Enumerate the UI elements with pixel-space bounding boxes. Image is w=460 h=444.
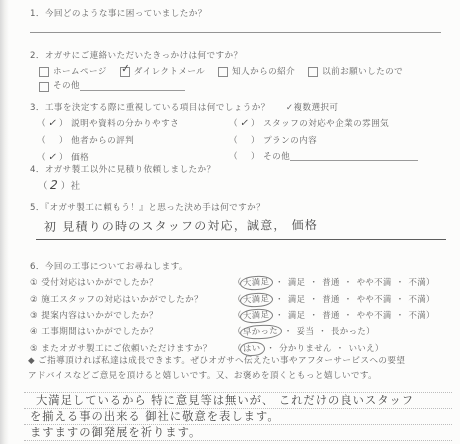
q3-option-label: 価格 [71, 153, 89, 163]
rating-selected: 早かった [239, 324, 282, 340]
rating-selected: 大満足 [239, 275, 273, 290]
rating-option: 分かりません [262, 343, 331, 353]
rating-option: やや不満 [340, 277, 392, 287]
paren-close: ） [61, 181, 71, 192]
comment-dotted-line [24, 440, 452, 441]
q2-option-label: ホームページ [53, 67, 107, 78]
q3-option-reputation: （） 他者からの評判 [37, 136, 229, 147]
paren-open: （ [229, 152, 238, 162]
q3-note: ✓複数選択可 [286, 103, 339, 113]
q2-option-label: 以前お願いしたので [322, 67, 403, 78]
q6-question-text: 工事期間はいかがでしたか？ [41, 327, 158, 337]
q3-option-label: 説明や資料の分かりやすさ [71, 119, 179, 129]
footer-note-line1: ◆ ご指導頂ければ私達は成長できます。ぜひオガサへ伝えたい事やアフターサービスへ… [28, 354, 440, 369]
rating-option: 満足 [271, 277, 305, 287]
handwritten-comment-line3: ますますの御発展を祈ります。 [30, 426, 201, 440]
handwritten-comment-line2: を揃える事の出来る 御社に敬意を表します。 [30, 410, 280, 424]
q6-item-number: ③ [30, 311, 38, 321]
check-icon: ✓ [45, 118, 61, 131]
q3-options-grid: （✓） 説明や資料の分かりやすさ （✓） スタッフの対応や企業の雰囲気 （） 他… [37, 118, 418, 165]
q2-option-other: その他 [39, 81, 185, 92]
rating-option: 普通 [305, 310, 339, 320]
q6-question: ① 受付対応はいかがでしたか？ [30, 278, 233, 289]
q2-other-row: その他 [39, 81, 403, 92]
rating-option: いいえ [332, 343, 375, 353]
rating-option: 長かった [314, 326, 366, 336]
q3-option-label: 他者からの評判 [71, 136, 134, 146]
q2-option-homepage: ホームページ [39, 67, 107, 78]
q2-option-label: その他 [53, 81, 80, 92]
scan-edge-shadow [0, 0, 9, 444]
q6-label: 6．今回の工事についてお尋ねします。 [30, 262, 435, 273]
q3-option-price: （✓） 価格 [37, 152, 229, 165]
q6-question-text: 施工スタッフの対応はいかがでしたか？ [41, 295, 203, 305]
rating-option: 普通 [305, 294, 339, 304]
comment-dotted-line [24, 392, 452, 393]
check-icon: ✓ [237, 118, 253, 131]
q6-question: ③ 提案内容はいかがでしたか？ [30, 311, 233, 322]
rating-option: 不満 [392, 277, 426, 287]
paren-open: （ [38, 181, 48, 192]
paren-close: ） [59, 119, 68, 129]
q2-option-referral: 知人からの紹介 [218, 67, 295, 78]
q2-option-previous: 以前お願いしたので [308, 67, 403, 78]
q6-item-duration: ④ 工事期間はいかがでしたか？ （早かった妥当長かった） [30, 326, 435, 338]
q2-options-row: ホームページ ✓ ダイレクトメール 知人からの紹介 以前お願いしたので [39, 67, 403, 78]
q4-answer-row: （2）社 [38, 181, 216, 193]
question-2: 2．オガサにご連絡いただいたきっかけは何ですか？ ホームページ ✓ ダイレクトメ… [30, 51, 403, 92]
q6-question: ④ 工事期間はいかがでしたか？ [30, 327, 233, 338]
q5-label: 5．『オガサ製工に頼もう！』と思った決め手は何ですか？ [30, 203, 265, 213]
q6-item-staff: ② 施工スタッフの対応はいかがでしたか？ （大満足満足普通やや不満不満） [30, 294, 435, 306]
footer-note-line2: アドバイスなどご意見を頂けると嬉しいです。又、お褒めを頂くともっと嬉しいです。 [28, 369, 440, 384]
q1-answer-line [30, 32, 441, 33]
paren-close: ） [426, 277, 435, 287]
paren-close: ） [251, 136, 260, 146]
checkbox-unchecked [39, 82, 49, 92]
paren-close: ） [375, 343, 384, 353]
q4-unit: 社 [71, 181, 81, 192]
q6-rating-options: （早かった妥当長かった） [233, 326, 375, 337]
q6-item-number: ① [30, 278, 38, 288]
paren-open: （ [37, 136, 46, 146]
q2-label: 2．オガサにご連絡いただいたきっかけは何ですか？ [30, 51, 403, 62]
q3-label: 3．工事を決定する際に重視している項目は何でしょうか？ [30, 103, 270, 113]
questionnaire-page: 1．今回どのような事に困っていましたか？ 2．オガサにご連絡いただいたきっかけは… [0, 0, 460, 444]
paren-close: ） [426, 310, 435, 320]
checkbox-checked: ✓ [120, 67, 130, 77]
q6-item-number: ⑤ [30, 344, 38, 354]
q5-answer-line [36, 239, 446, 240]
check-icon: ✓ [120, 62, 131, 77]
question-6: 6．今回の工事についてお尋ねします。 ① 受付対応はいかがでしたか？ （大満足満… [30, 262, 435, 354]
q5-handwritten-answer: 初 見積りの時のスタッフの対応，誠意， 価格 [44, 218, 318, 235]
rating-option: 不満 [392, 294, 426, 304]
q1-label: 1．今回どのような事に困っていましたか？ [30, 9, 207, 19]
q3-option-explanation: （✓） 説明や資料の分かりやすさ [37, 118, 229, 131]
q3-other-blank-line [290, 152, 418, 161]
footer-note: ◆ ご指導頂ければ私達は成長できます。ぜひオガサへ伝えたい事やアフターサービスへ… [28, 354, 440, 384]
q3-option-plan: （） プランの内容 [229, 136, 418, 147]
paren-close: ） [251, 119, 260, 129]
paren-close: ） [426, 294, 435, 304]
paren-close: ） [251, 152, 260, 162]
q3-option-staff: （✓） スタッフの対応や企業の雰囲気 [229, 118, 418, 131]
q6-question-text: 提案内容はいかがでしたか？ [41, 311, 158, 321]
comment-dotted-line [24, 424, 452, 425]
q6-rating-options: （大満足満足普通やや不満不満） [233, 277, 435, 288]
checkbox-unchecked [308, 67, 318, 77]
q6-item-proposal: ③ 提案内容はいかがでしたか？ （大満足満足普通やや不満不満） [30, 310, 435, 322]
rating-option: 妥当 [280, 326, 314, 336]
q6-rating-options: （大満足満足普通やや不満不満） [233, 310, 435, 321]
question-1: 1．今回どのような事に困っていましたか？ [30, 9, 207, 20]
q2-other-blank-line [80, 82, 185, 91]
q6-item-number: ④ [30, 327, 38, 337]
q2-option-direct-mail: ✓ ダイレクトメール [120, 67, 205, 78]
paren-close: ） [59, 136, 68, 146]
q2-option-label: 知人からの紹介 [232, 67, 295, 78]
q3-option-label: スタッフの対応や企業の雰囲気 [263, 119, 389, 129]
q4-handwritten-answer: 2 [49, 181, 60, 189]
paren-close: ） [366, 326, 375, 336]
question-3: 3．工事を決定する際に重視している項目は何でしょうか？ ✓複数選択可 （✓） 説… [30, 103, 418, 164]
q6-item-reception: ① 受付対応はいかがでしたか？ （大満足満足普通やや不満不満） [30, 277, 435, 289]
q6-question-text: 受付対応はいかがでしたか？ [41, 278, 158, 288]
comment-dotted-line [24, 408, 452, 409]
rating-option: 満足 [271, 310, 305, 320]
rating-option: 普通 [305, 277, 339, 287]
q6-rating-options: （大満足満足普通やや不満不満） [233, 294, 435, 305]
q3-option-label: その他 [263, 152, 290, 162]
q3-option-other: （） その他 [229, 152, 418, 165]
q3-option-label: プランの内容 [263, 136, 317, 146]
paren-close: ） [59, 153, 68, 163]
rating-option: やや不満 [340, 294, 392, 304]
check-icon: ✓ [45, 152, 61, 165]
q3-header: 3．工事を決定する際に重視している項目は何でしょうか？ ✓複数選択可 [30, 103, 418, 114]
rating-selected: 大満足 [239, 308, 273, 323]
rating-option: 不満 [392, 310, 426, 320]
paren-open: （ [229, 136, 238, 146]
q2-option-label: ダイレクトメール [134, 67, 205, 78]
rating-option: 満足 [271, 294, 305, 304]
rating-selected: 大満足 [239, 292, 273, 307]
q6-rating-options: （はい分かりませんいいえ） [233, 343, 384, 354]
question-5: 5．『オガサ製工に頼もう！』と思った決め手は何ですか？ [30, 203, 265, 214]
q6-question-text: またオガサ製工にご依頼いただけますか？ [41, 344, 212, 354]
q6-question: ② 施工スタッフの対応はいかがでしたか？ [30, 295, 233, 306]
q6-question: ⑤ またオガサ製工にご依頼いただけますか？ [30, 344, 233, 355]
q6-item-number: ② [30, 295, 38, 305]
q4-label: 4．オガサ製工以外に見積り依頼しましたか？ [30, 165, 216, 176]
checkbox-unchecked [218, 67, 228, 77]
question-4: 4．オガサ製工以外に見積り依頼しましたか？ （2）社 [30, 165, 216, 193]
q6-item-repeat: ⑤ またオガサ製工にご依頼いただけますか？ （はい分かりませんいいえ） [30, 343, 435, 355]
rating-option: やや不満 [340, 310, 392, 320]
checkbox-unchecked [39, 67, 49, 77]
handwritten-comment-line1: 大満足しているから 特に意見等は無いが、 これだけの良いスタッフ [36, 394, 414, 408]
